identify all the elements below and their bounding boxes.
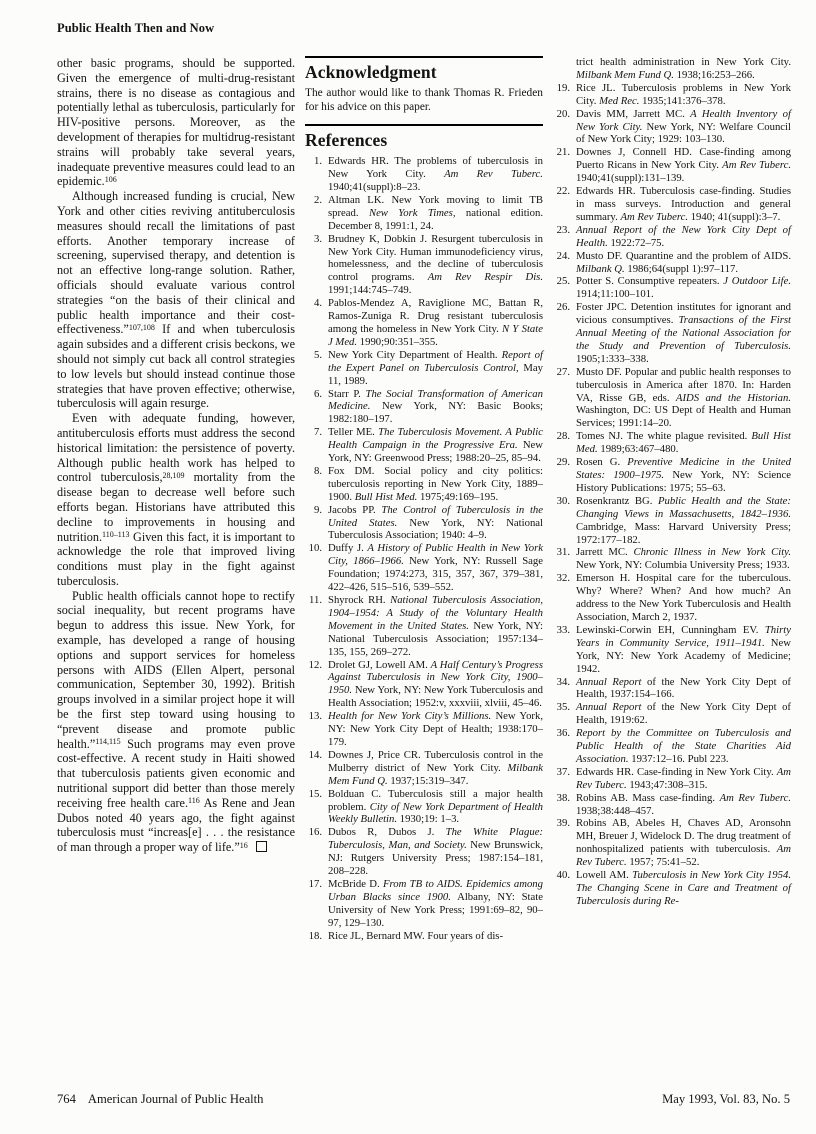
reference-text: Drolet GJ, Lowell AM. A Half Century’s P… bbox=[328, 659, 543, 710]
reference-number: 38. bbox=[553, 792, 570, 805]
end-of-article-mark-icon bbox=[256, 841, 267, 852]
reference-item: 35.Annual Report of the New York City De… bbox=[553, 701, 791, 727]
reference-text: Jacobs PP. The Control of Tuberculosis i… bbox=[328, 504, 543, 542]
running-head: Public Health Then and Now bbox=[57, 21, 214, 36]
reference-item: 34.Annual Report of the New York City De… bbox=[553, 676, 791, 702]
reference-text: Annual Report of the New York City Dept … bbox=[576, 701, 791, 726]
column-ack-references: Acknowledgment The author would like to … bbox=[305, 56, 543, 942]
reference-number: 36. bbox=[553, 727, 570, 740]
reference-text: Jarrett MC. Chronic Illness in New York … bbox=[576, 546, 791, 571]
reference-text: Lewinski-Corwin EH, Cunningham EV. Thirt… bbox=[576, 624, 791, 675]
reference-number: 40. bbox=[553, 869, 570, 882]
reference-number: 39. bbox=[553, 817, 570, 830]
reference-number: 22. bbox=[553, 185, 570, 198]
body-paragraph: Even with adequate funding, however, ant… bbox=[57, 411, 295, 589]
reference-text: Emerson H. Hospital care for the tubercu… bbox=[576, 572, 791, 623]
reference-item: 22.Edwards HR. Tuberculosis case-finding… bbox=[553, 185, 791, 224]
references-section: References 1.Edwards HR. The problems of… bbox=[305, 124, 543, 942]
reference-number: 13. bbox=[305, 710, 322, 723]
acknowledgment-title: Acknowledgment bbox=[305, 62, 543, 83]
references-title: References bbox=[305, 130, 543, 151]
body-paragraph: Although increased funding is crucial, N… bbox=[57, 189, 295, 411]
reference-number: 29. bbox=[553, 456, 570, 469]
reference-item: 11.Shyrock RH. National Tuberculosis Ass… bbox=[305, 594, 543, 659]
reference-text: Dubos R, Dubos J. The White Plague: Tube… bbox=[328, 826, 543, 877]
issue-info: May 1993, Vol. 83, No. 5 bbox=[662, 1092, 790, 1107]
reference-text: Potter S. Consumptive repeaters. J Outdo… bbox=[576, 275, 791, 300]
reference-number: 11. bbox=[305, 594, 322, 607]
reference-text: Tomes NJ. The white plague revisited. Bu… bbox=[576, 430, 791, 455]
reference-number: 34. bbox=[553, 676, 570, 689]
reference-text: Report by the Committee on Tuberculosis … bbox=[576, 727, 791, 765]
reference-number: 28. bbox=[553, 430, 570, 443]
reference-text: Rosen G. Preventive Medicine in the Unit… bbox=[576, 456, 791, 494]
reference-item: 15.Bolduan C. Tuberculosis still a major… bbox=[305, 788, 543, 827]
reference-text: Altman LK. New York moving to limit TB s… bbox=[328, 194, 543, 232]
reference-number: 25. bbox=[553, 275, 570, 288]
reference-text: Musto DF. Popular and public health resp… bbox=[576, 366, 791, 430]
reference-number: 5. bbox=[305, 349, 322, 362]
references-list-1-18: 1.Edwards HR. The problems of tuberculos… bbox=[305, 155, 543, 942]
reference-text: Musto DF. Quarantine and the problem of … bbox=[576, 250, 791, 275]
reference-text: Rosenkrantz BG. Public Health and the St… bbox=[576, 495, 791, 546]
reference-text: Shyrock RH. National Tuberculosis Associ… bbox=[328, 594, 543, 658]
reference-item: 29.Rosen G. Preventive Medicine in the U… bbox=[553, 456, 791, 495]
reference-item: 2.Altman LK. New York moving to limit TB… bbox=[305, 194, 543, 233]
reference-item: 24.Musto DF. Quarantine and the problem … bbox=[553, 250, 791, 276]
reference-item: 17.McBride D. From TB to AIDS. Epidemics… bbox=[305, 878, 543, 930]
acknowledgment-section: Acknowledgment The author would like to … bbox=[305, 56, 543, 114]
journal-name: American Journal of Public Health bbox=[88, 1092, 264, 1106]
reference-number: 23. bbox=[553, 224, 570, 237]
reference-number: 18. bbox=[305, 930, 322, 943]
reference-item: 25.Potter S. Consumptive repeaters. J Ou… bbox=[553, 275, 791, 301]
reference-item: 4.Pablos-Mendez A, Raviglione MC, Battan… bbox=[305, 297, 543, 349]
reference-number: 21. bbox=[553, 146, 570, 159]
body-paragraph: other basic programs, should be supporte… bbox=[57, 56, 295, 189]
reference-18-continuation: trict health administration in New York … bbox=[553, 56, 791, 82]
reference-item: 28.Tomes NJ. The white plague revisited.… bbox=[553, 430, 791, 456]
reference-text: Fox DM. Social policy and city politics:… bbox=[328, 465, 543, 503]
reference-item: 10.Duffy J. A History of Public Health i… bbox=[305, 542, 543, 594]
reference-number: 20. bbox=[553, 108, 570, 121]
reference-item: 32.Emerson H. Hospital care for the tube… bbox=[553, 572, 791, 624]
reference-text: Health for New York City’s Millions. New… bbox=[328, 710, 543, 748]
reference-number: 19. bbox=[553, 82, 570, 95]
reference-text: Annual Report of the New York City Dept … bbox=[576, 676, 791, 701]
reference-item: 21.Downes J, Connell HD. Case-finding am… bbox=[553, 146, 791, 185]
reference-text: Pablos-Mendez A, Raviglione MC, Battan R… bbox=[328, 297, 543, 348]
reference-text: Teller ME. The Tuberculosis Movement. A … bbox=[328, 426, 543, 464]
reference-text: Rice JL, Bernard MW. Four years of dis- bbox=[328, 930, 503, 942]
reference-text: Foster JPC. Detention institutes for ign… bbox=[576, 301, 791, 365]
reference-item: 13.Health for New York City’s Millions. … bbox=[305, 710, 543, 749]
reference-number: 35. bbox=[553, 701, 570, 714]
page-number: 764 bbox=[57, 1092, 76, 1106]
reference-text: McBride D. From TB to AIDS. Epidemics am… bbox=[328, 878, 543, 929]
reference-item: 1.Edwards HR. The problems of tuberculos… bbox=[305, 155, 543, 194]
reference-number: 27. bbox=[553, 366, 570, 379]
reference-item: 33.Lewinski-Corwin EH, Cunningham EV. Th… bbox=[553, 624, 791, 676]
reference-text: Rice JL. Tuberculosis problems in New Yo… bbox=[576, 82, 791, 107]
reference-item: 6.Starr P. The Social Transformation of … bbox=[305, 388, 543, 427]
reference-number: 14. bbox=[305, 749, 322, 762]
reference-number: 9. bbox=[305, 504, 322, 517]
content-columns: other basic programs, should be supporte… bbox=[57, 56, 791, 942]
footer-left: 764American Journal of Public Health bbox=[57, 1092, 263, 1107]
reference-text: Lowell AM. Tuberculosis in New York City… bbox=[576, 869, 791, 907]
references-list-19-40: 19.Rice JL. Tuberculosis problems in New… bbox=[553, 82, 791, 908]
reference-number: 2. bbox=[305, 194, 322, 207]
reference-item: 19.Rice JL. Tuberculosis problems in New… bbox=[553, 82, 791, 108]
reference-number: 24. bbox=[553, 250, 570, 263]
reference-text: Starr P. The Social Transformation of Am… bbox=[328, 388, 543, 426]
reference-item: 9.Jacobs PP. The Control of Tuberculosis… bbox=[305, 504, 543, 543]
acknowledgment-text: The author would like to thank Thomas R.… bbox=[305, 87, 543, 114]
reference-item: 36.Report by the Committee on Tuberculos… bbox=[553, 727, 791, 766]
reference-text: Edwards HR. Tuberculosis case-finding. S… bbox=[576, 185, 791, 223]
reference-number: 16. bbox=[305, 826, 322, 839]
reference-text: Brudney K, Dobkin J. Resurgent tuberculo… bbox=[328, 233, 543, 297]
reference-item: 40.Lowell AM. Tuberculosis in New York C… bbox=[553, 869, 791, 908]
reference-number: 12. bbox=[305, 659, 322, 672]
reference-item: 18.Rice JL, Bernard MW. Four years of di… bbox=[305, 930, 543, 943]
reference-number: 10. bbox=[305, 542, 322, 555]
body-paragraph: Public health officials cannot hope to r… bbox=[57, 589, 295, 855]
reference-number: 4. bbox=[305, 297, 322, 310]
reference-text: Edwards HR. Case-finding in New York Cit… bbox=[576, 766, 791, 791]
reference-item: 14.Downes J, Price CR. Tuberculosis cont… bbox=[305, 749, 543, 788]
reference-number: 8. bbox=[305, 465, 322, 478]
reference-number: 1. bbox=[305, 155, 322, 168]
reference-item: 3.Brudney K, Dobkin J. Resurgent tubercu… bbox=[305, 233, 543, 298]
reference-number: 31. bbox=[553, 546, 570, 559]
reference-number: 3. bbox=[305, 233, 322, 246]
column-body-text: other basic programs, should be supporte… bbox=[57, 56, 295, 942]
reference-text: Annual Report of the New York City Dept … bbox=[576, 224, 791, 249]
reference-text: Bolduan C. Tuberculosis still a major he… bbox=[328, 788, 543, 826]
reference-number: 15. bbox=[305, 788, 322, 801]
reference-number: 33. bbox=[553, 624, 570, 637]
reference-item: 31.Jarrett MC. Chronic Illness in New Yo… bbox=[553, 546, 791, 572]
journal-page: Public Health Then and Now other basic p… bbox=[0, 0, 816, 1134]
reference-item: 5.New York City Department of Health. Re… bbox=[305, 349, 543, 388]
reference-number: 30. bbox=[553, 495, 570, 508]
reference-item: 38.Robins AB. Mass case-finding. Am Rev … bbox=[553, 792, 791, 818]
reference-text: Edwards HR. The problems of tuberculosis… bbox=[328, 155, 543, 193]
reference-item: 37.Edwards HR. Case-finding in New York … bbox=[553, 766, 791, 792]
reference-item: 26.Foster JPC. Detention institutes for … bbox=[553, 301, 791, 366]
page-footer: 764American Journal of Public Health May… bbox=[57, 1092, 790, 1107]
reference-number: 17. bbox=[305, 878, 322, 891]
reference-text: Downes J, Connell HD. Case-finding among… bbox=[576, 146, 791, 184]
reference-text: Downes J, Price CR. Tuberculosis control… bbox=[328, 749, 543, 787]
reference-text: Robins AB, Abeles H, Chaves AD, Aronsohn… bbox=[576, 817, 791, 868]
reference-item: 16.Dubos R, Dubos J. The White Plague: T… bbox=[305, 826, 543, 878]
reference-number: 26. bbox=[553, 301, 570, 314]
reference-item: 30.Rosenkrantz BG. Public Health and the… bbox=[553, 495, 791, 547]
reference-text: Robins AB. Mass case-finding. Am Rev Tub… bbox=[576, 792, 791, 817]
reference-text: Davis MM, Jarrett MC. A Health Inventory… bbox=[576, 108, 791, 146]
reference-item: 27.Musto DF. Popular and public health r… bbox=[553, 366, 791, 431]
reference-number: 37. bbox=[553, 766, 570, 779]
reference-item: 39.Robins AB, Abeles H, Chaves AD, Arons… bbox=[553, 817, 791, 869]
reference-number: 6. bbox=[305, 388, 322, 401]
column-references-continued: trict health administration in New York … bbox=[553, 56, 791, 942]
reference-text: Duffy J. A History of Public Health in N… bbox=[328, 542, 543, 593]
reference-item: 23.Annual Report of the New York City De… bbox=[553, 224, 791, 250]
reference-item: 20.Davis MM, Jarrett MC. A Health Invent… bbox=[553, 108, 791, 147]
reference-item: 12.Drolet GJ, Lowell AM. A Half Century’… bbox=[305, 659, 543, 711]
reference-number: 32. bbox=[553, 572, 570, 585]
reference-text: New York City Department of Health. Repo… bbox=[328, 349, 543, 387]
reference-item: 8.Fox DM. Social policy and city politic… bbox=[305, 465, 543, 504]
reference-item: 7.Teller ME. The Tuberculosis Movement. … bbox=[305, 426, 543, 465]
reference-number: 7. bbox=[305, 426, 322, 439]
